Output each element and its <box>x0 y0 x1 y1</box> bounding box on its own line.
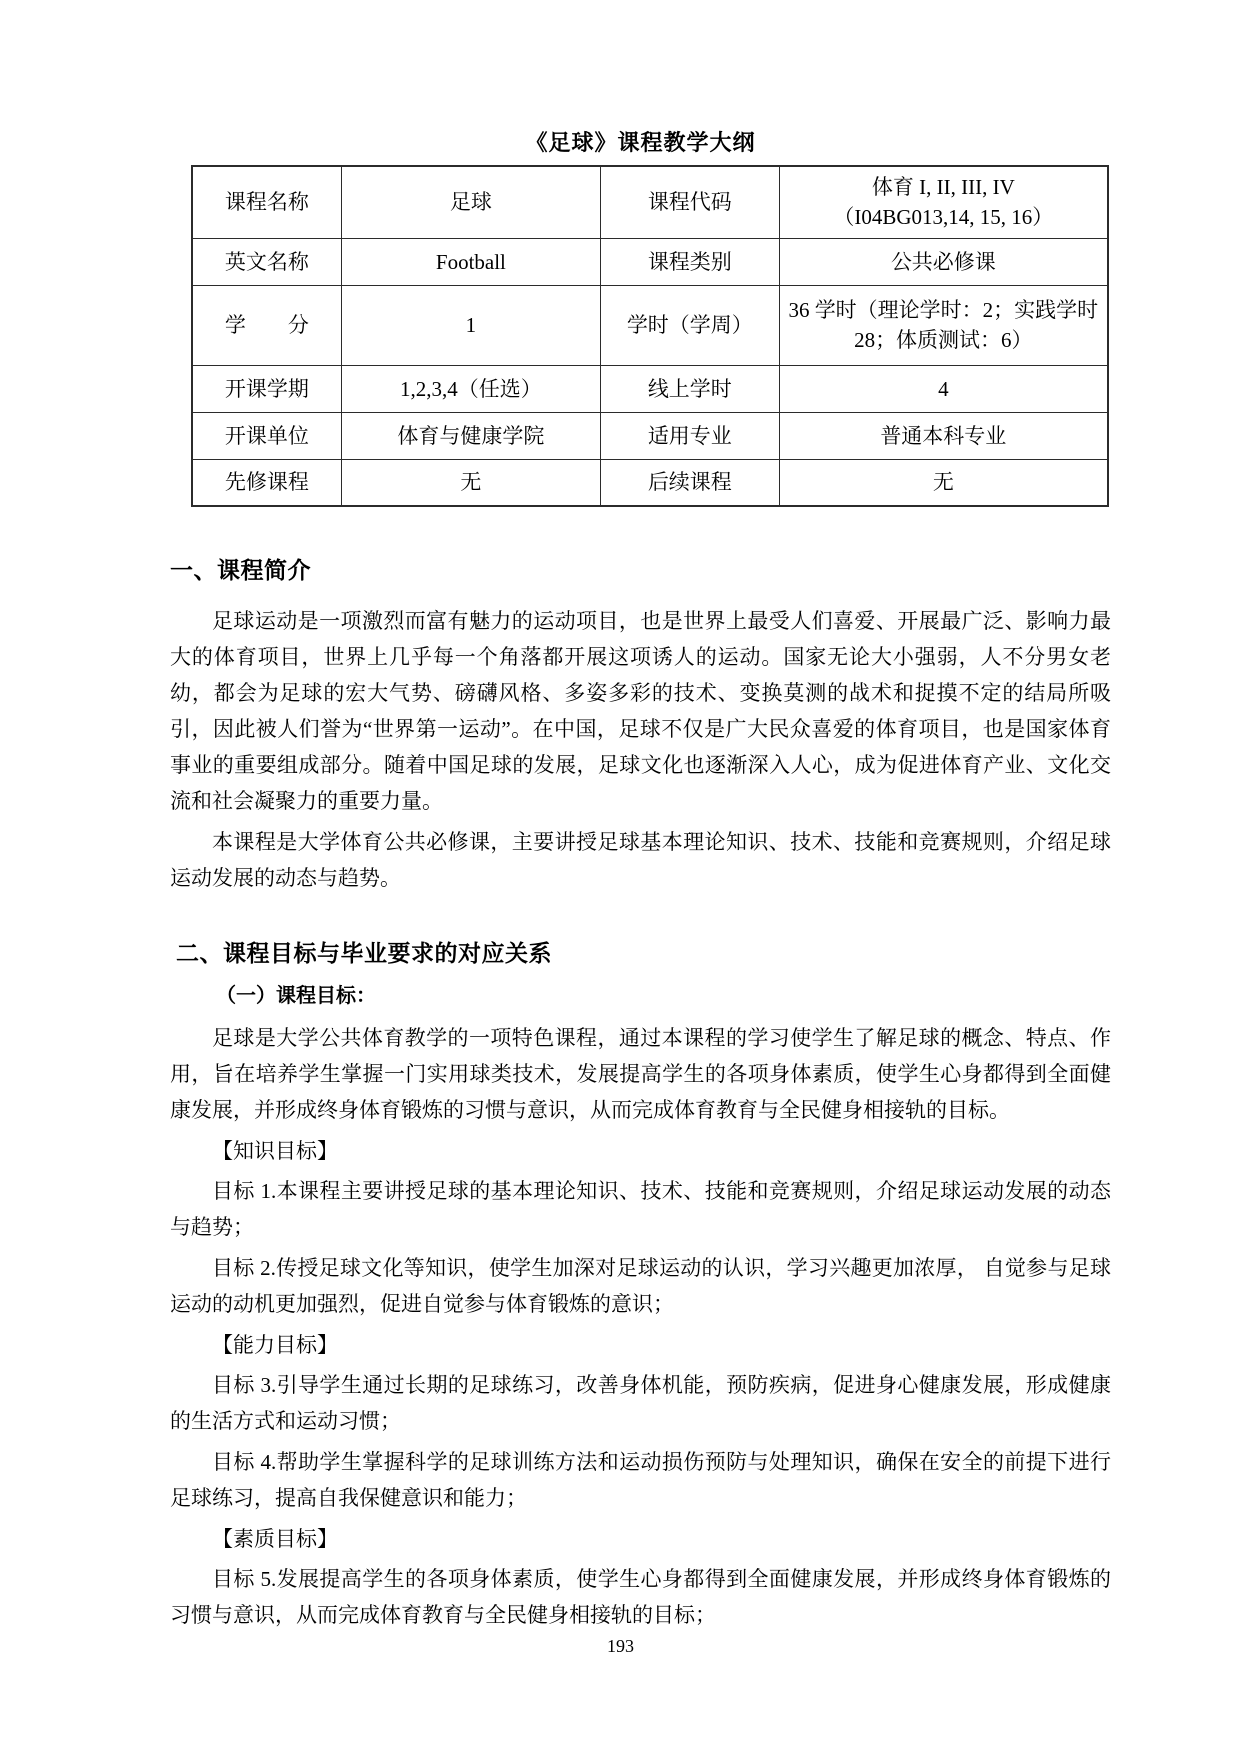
cell-credit-value: 1 <box>341 285 600 365</box>
goal-group-label-quality: 【素质目标】 <box>170 1521 1111 1557</box>
page-number: 193 <box>0 1636 1241 1657</box>
table-row: 英文名称 Football 课程类别 公共必修课 <box>192 238 1108 285</box>
cell-major-label: 适用专业 <box>601 412 780 459</box>
cell-online-hours-value: 4 <box>779 365 1108 412</box>
goal-item-3: 目标 3.引导学生通过长期的足球练习，改善身体机能，预防疾病，促进身心健康发展，… <box>170 1367 1111 1439</box>
cell-major-value: 普通本科专业 <box>779 412 1108 459</box>
table-row: 先修课程 无 后续课程 无 <box>192 459 1108 506</box>
cell-english-name-label: 英文名称 <box>192 238 341 285</box>
cell-course-code-value: 体育 I, II, III, IV （I04BG013,14, 15, 16） <box>779 166 1108 238</box>
subheading-course-goals: （一）课程目标： <box>176 982 1111 1010</box>
goal-group-label-ability: 【能力目标】 <box>170 1327 1111 1363</box>
table-row: 开课单位 体育与健康学院 适用专业 普通本科专业 <box>192 412 1108 459</box>
document-page: 《足球》课程教学大纲 课程名称 足球 课程代码 体育 I, II, III, I… <box>0 0 1241 1755</box>
page-title: 《足球》课程教学大纲 <box>170 128 1111 158</box>
cell-department-label: 开课单位 <box>192 412 341 459</box>
goal-item-4: 目标 4.帮助学生掌握科学的足球训练方法和运动损伤预防与处理知识，确保在安全的前… <box>170 1444 1111 1516</box>
goal-item-5: 目标 5.发展提高学生的各项身体素质，使学生心身都得到全面健康发展，并形成终身体… <box>170 1561 1111 1633</box>
cell-course-name-value: 足球 <box>341 166 600 238</box>
cell-course-name-label: 课程名称 <box>192 166 341 238</box>
section-heading-goals: 二、课程目标与毕业要求的对应关系 <box>176 938 1111 968</box>
cell-credit-label: 学 分 <box>192 285 341 365</box>
goal-item-1: 目标 1.本课程主要讲授足球的基本理论知识、技术、技能和竞赛规则，介绍足球运动发… <box>170 1173 1111 1245</box>
page-content: 《足球》课程教学大纲 课程名称 足球 课程代码 体育 I, II, III, I… <box>170 0 1111 1633</box>
intro-paragraph-1: 足球运动是一项激烈而富有魅力的运动项目，也是世界上最受人们喜爱、开展最广泛、影响… <box>170 603 1111 819</box>
cell-hours-value: 36 学时（理论学时：2；实践学时 28；体质测试：6） <box>779 285 1108 365</box>
table-row: 课程名称 足球 课程代码 体育 I, II, III, IV （I04BG013… <box>192 166 1108 238</box>
cell-followup-label: 后续课程 <box>601 459 780 506</box>
table-row: 学 分 1 学时（学周） 36 学时（理论学时：2；实践学时 28；体质测试：6… <box>192 285 1108 365</box>
cell-course-type-label: 课程类别 <box>601 238 780 285</box>
cell-english-name-value: Football <box>341 238 600 285</box>
cell-online-hours-label: 线上学时 <box>601 365 780 412</box>
cell-semester-label: 开课学期 <box>192 365 341 412</box>
cell-hours-label: 学时（学周） <box>601 285 780 365</box>
course-info-table: 课程名称 足球 课程代码 体育 I, II, III, IV （I04BG013… <box>191 165 1109 507</box>
cell-followup-value: 无 <box>779 459 1108 506</box>
cell-semester-value: 1,2,3,4（任选） <box>341 365 600 412</box>
cell-prereq-label: 先修课程 <box>192 459 341 506</box>
section-heading-intro: 一、课程简介 <box>170 555 1111 585</box>
goals-intro-paragraph: 足球是大学公共体育教学的一项特色课程，通过本课程的学习使学生了解足球的概念、特点… <box>170 1020 1111 1128</box>
goal-group-label-knowledge: 【知识目标】 <box>170 1133 1111 1169</box>
cell-course-type-value: 公共必修课 <box>779 238 1108 285</box>
intro-paragraph-2: 本课程是大学体育公共必修课，主要讲授足球基本理论知识、技术、技能和竞赛规则，介绍… <box>170 824 1111 896</box>
table-row: 开课学期 1,2,3,4（任选） 线上学时 4 <box>192 365 1108 412</box>
cell-prereq-value: 无 <box>341 459 600 506</box>
goal-item-2: 目标 2.传授足球文化等知识，使学生加深对足球运动的认识，学习兴趣更加浓厚， 自… <box>170 1250 1111 1322</box>
cell-course-code-label: 课程代码 <box>601 166 780 238</box>
cell-department-value: 体育与健康学院 <box>341 412 600 459</box>
